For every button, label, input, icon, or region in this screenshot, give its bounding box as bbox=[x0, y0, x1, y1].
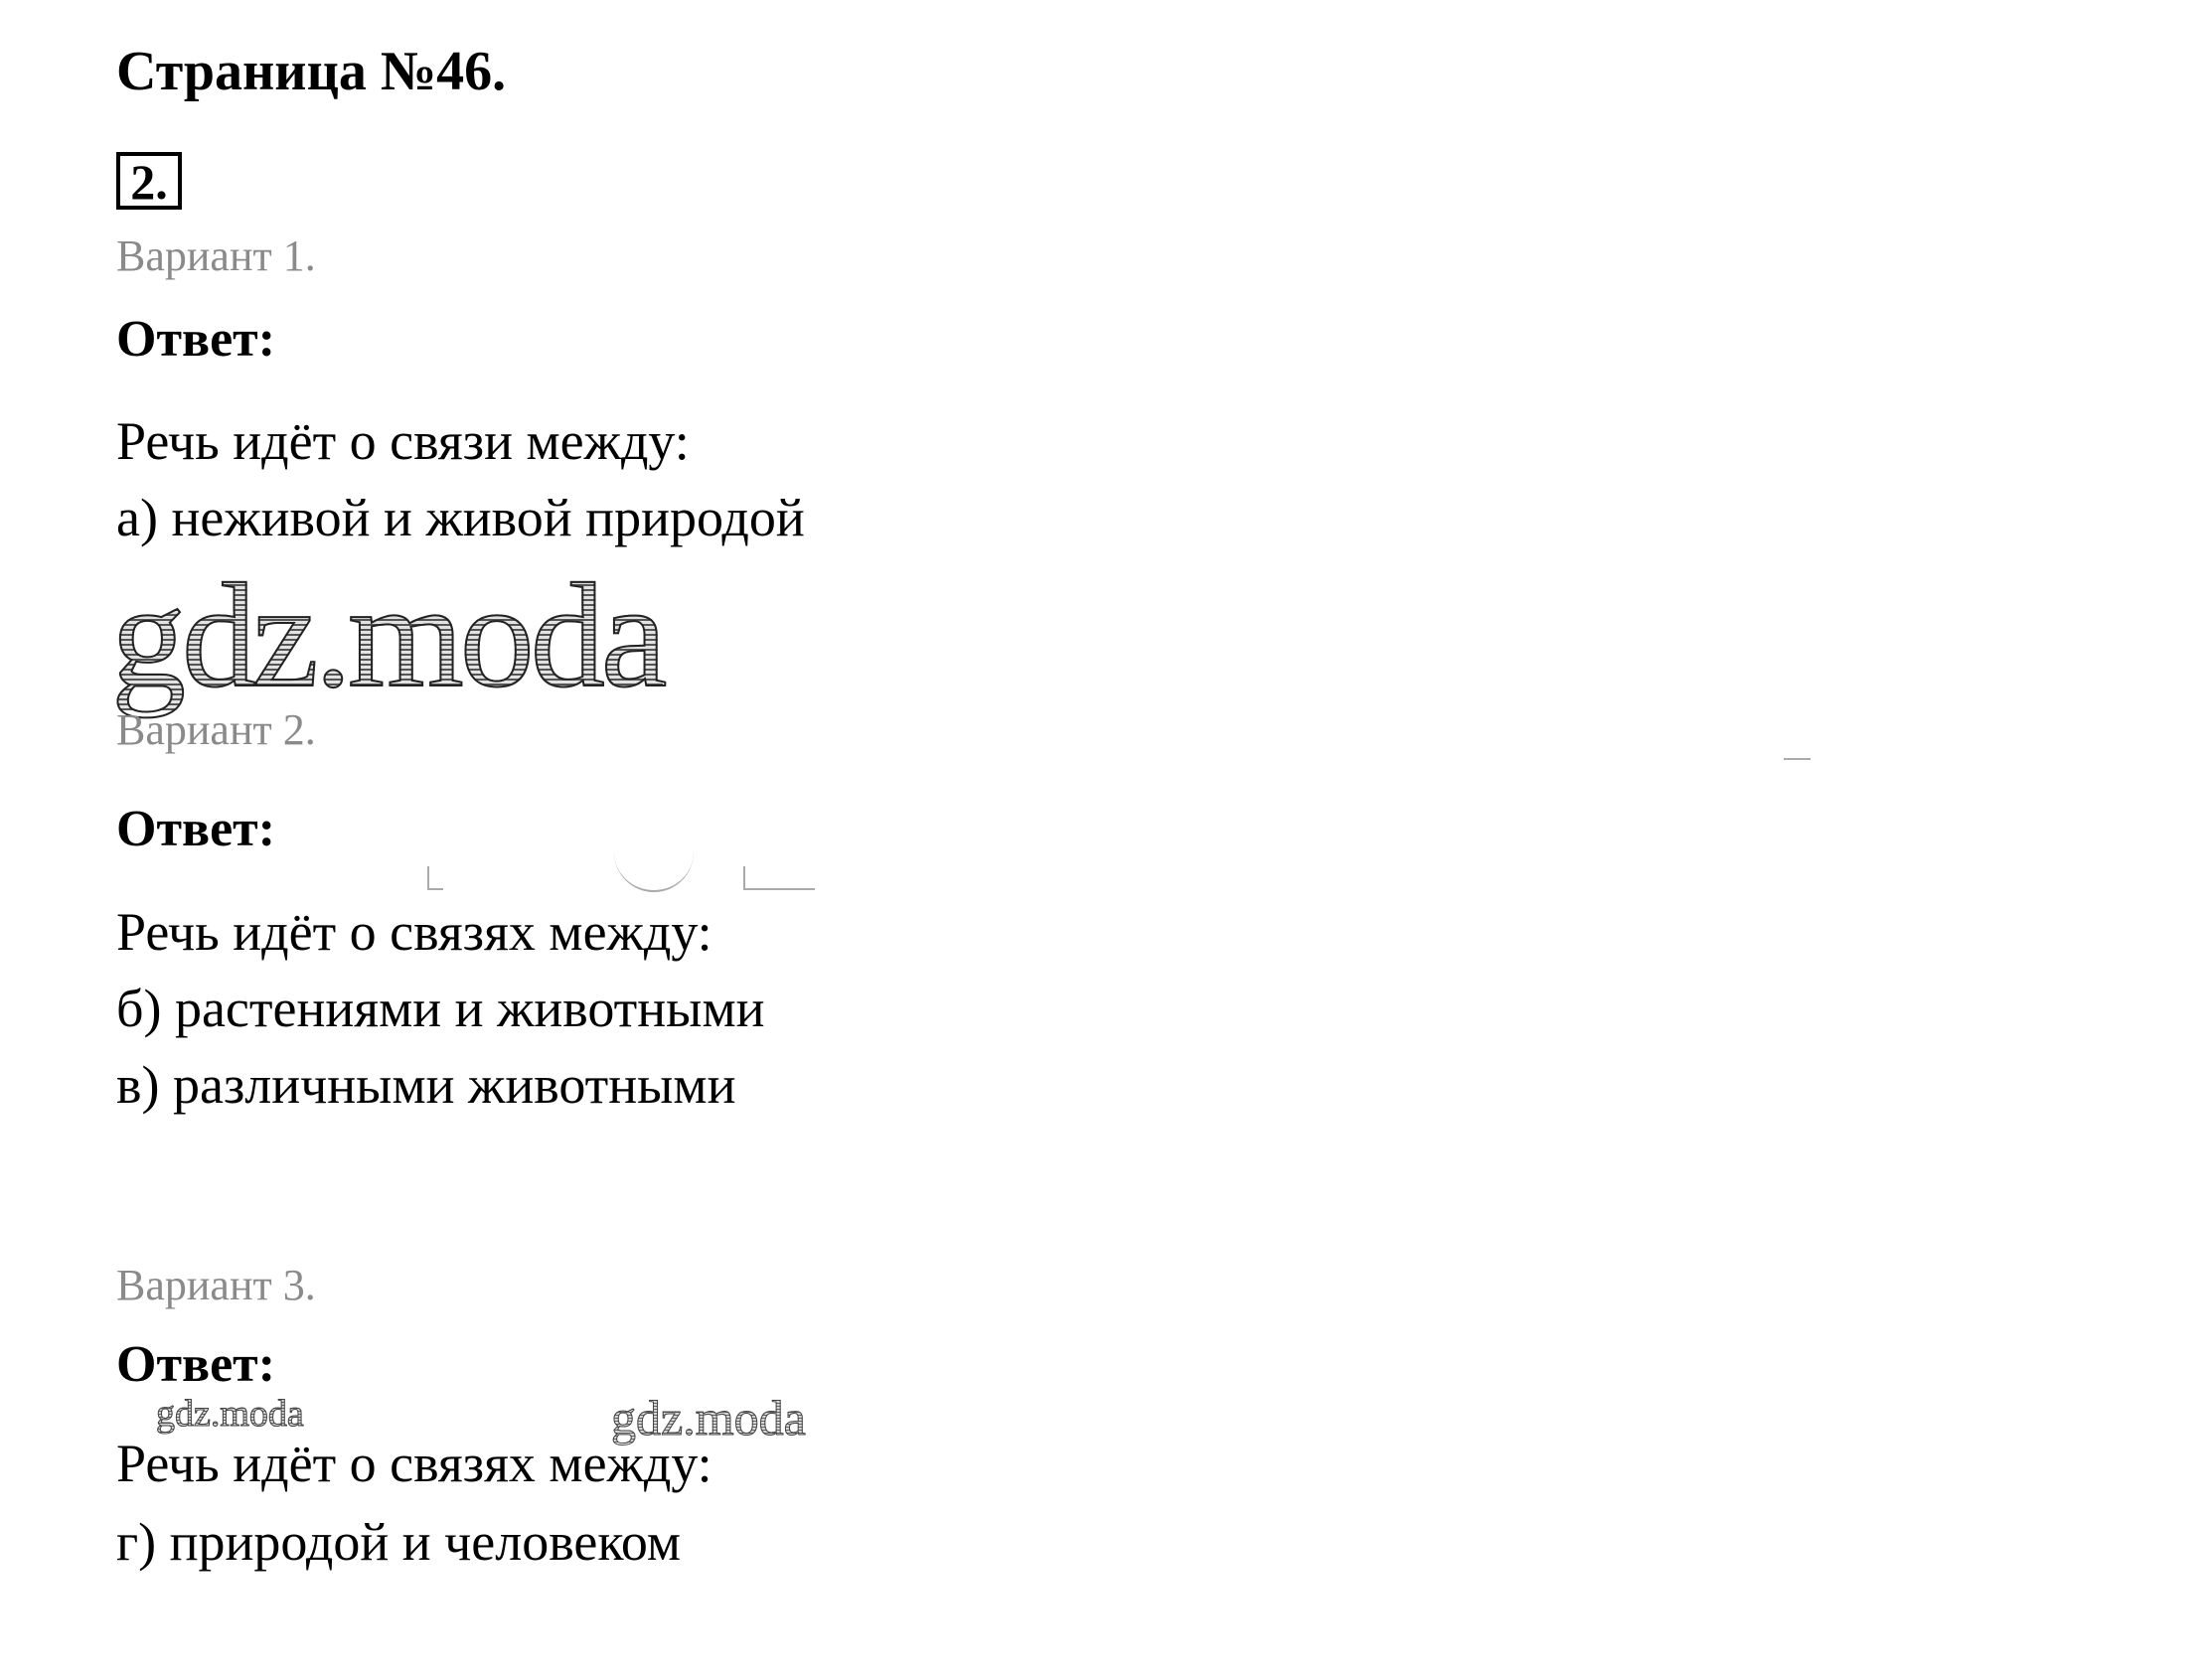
variant-1-line-1: Речь идёт о связи между: bbox=[116, 414, 690, 468]
variant-2-label: Вариант 2. bbox=[116, 708, 316, 752]
variant-1-answer-label: Ответ: bbox=[116, 314, 275, 366]
task-number: 2. bbox=[130, 157, 168, 207]
task-number-box: 2. bbox=[116, 152, 182, 210]
watermark-small-left: gdz.moda bbox=[156, 1395, 304, 1433]
variant-1-line-2: а) неживой и живой природой bbox=[116, 491, 805, 544]
artifact-mark bbox=[614, 850, 694, 892]
variant-3-line-1: Речь идёт о связях между: bbox=[116, 1437, 712, 1490]
artifact-mark bbox=[743, 866, 815, 890]
variant-2-line-1: Речь идёт о связях между: bbox=[116, 905, 712, 959]
variant-3-label: Вариант 3. bbox=[116, 1264, 316, 1307]
watermark-large: gdz.moda bbox=[111, 561, 663, 710]
variant-2-line-2: б) растениями и животными bbox=[116, 982, 765, 1035]
variant-3-answer-label: Ответ: bbox=[116, 1339, 275, 1391]
variant-1-label: Вариант 1. bbox=[116, 234, 316, 278]
dash-mark bbox=[1784, 758, 1811, 760]
page-title: Страница №46. bbox=[116, 44, 506, 99]
artifact-mark bbox=[427, 866, 443, 890]
variant-3-line-2: г) природой и человеком bbox=[116, 1515, 681, 1569]
variant-2-line-3: в) различными животными bbox=[116, 1058, 736, 1112]
variant-2-answer-label: Ответ: bbox=[116, 804, 275, 855]
